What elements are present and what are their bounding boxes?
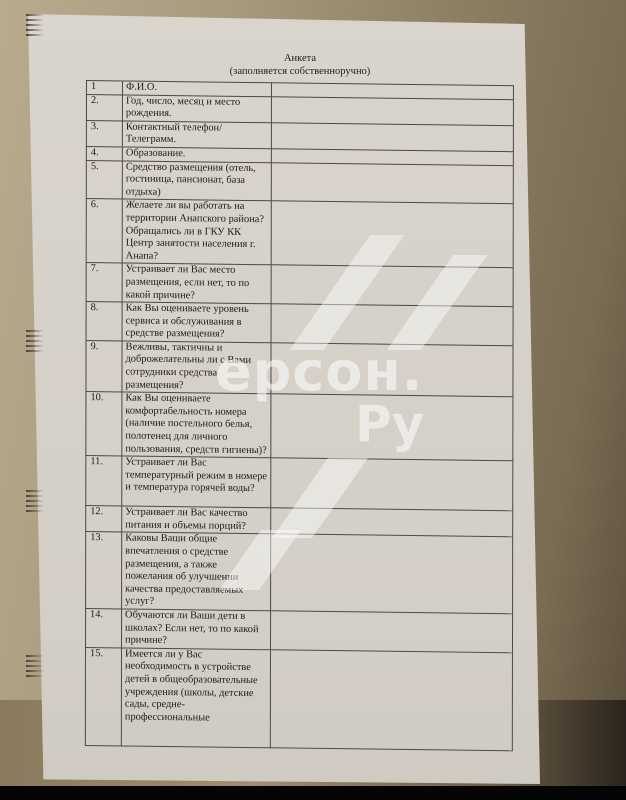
answer-field[interactable] — [271, 162, 513, 204]
question-row: 8.Как Вы оцениваете уровень сервиса и об… — [86, 302, 513, 346]
questionnaire-body: 1Ф.И.О.2.Год, число, месяц и место рожде… — [85, 81, 513, 751]
answer-field[interactable] — [271, 394, 513, 461]
answer-field[interactable] — [271, 201, 513, 268]
question-row: 11.Устраивает ли Вас температурный режим… — [86, 456, 513, 511]
answer-field[interactable] — [270, 650, 512, 751]
question-row: 5.Средство размещения (отель, гостиница,… — [86, 160, 513, 204]
answer-field[interactable] — [271, 343, 513, 397]
question-number: 12. — [86, 506, 122, 533]
answer-field[interactable] — [271, 265, 513, 307]
question-row: 10.Как Вы оцениваете комфортабельность н… — [86, 392, 513, 461]
document-header: Анкета (заполняется собственноручно) — [80, 52, 520, 78]
question-row: 14.Обучаются ли Ваши дети в школах? Если… — [86, 609, 513, 653]
question-row: 6.Желаете ли вы работать на территории А… — [86, 199, 513, 268]
question-text: Имеется ли у Вас необходимость в устройс… — [121, 648, 270, 748]
question-row: 9.Вежливы, тактичны и доброжелательны ли… — [86, 340, 513, 397]
answer-field[interactable] — [271, 304, 513, 346]
question-text: Как Вы оцениваете уровень сервиса и обсл… — [122, 302, 271, 343]
answer-field[interactable] — [271, 123, 513, 152]
answer-field[interactable] — [270, 611, 512, 653]
answer-field[interactable] — [271, 96, 513, 125]
question-row: 13.Каковы Ваши общие впечатления о средс… — [86, 532, 513, 614]
question-text: Контактный телефон/Телеграмм. — [122, 121, 271, 149]
question-number: 14. — [86, 609, 122, 648]
question-number: 5. — [86, 160, 122, 199]
question-number: 9. — [86, 340, 122, 392]
question-number: 2. — [86, 94, 122, 121]
answer-field[interactable] — [271, 534, 513, 614]
question-number: 4. — [86, 146, 122, 160]
question-number: 8. — [86, 302, 122, 341]
document-title: Анкета — [80, 52, 520, 65]
question-row: 7.Устраивает ли Вас место размещения, ес… — [86, 263, 513, 307]
question-number: 3. — [86, 120, 122, 147]
question-text: Вежливы, тактичны и доброжелательны ли с… — [122, 341, 271, 394]
answer-field[interactable] — [271, 458, 513, 511]
questionnaire-table: 1Ф.И.О.2.Год, число, месяц и место рожде… — [85, 80, 514, 751]
question-number: 15. — [85, 647, 121, 745]
question-number: 1 — [86, 81, 122, 95]
binding-marks — [26, 0, 50, 786]
question-text: Каковы Ваши общие впечатления о средстве… — [122, 532, 271, 610]
question-text: Средство размещения (отель, гостиница, п… — [122, 161, 271, 202]
question-number: 6. — [86, 199, 122, 263]
question-number: 10. — [86, 392, 122, 456]
question-text: Желаете ли вы работать на территории Ана… — [122, 199, 271, 265]
question-row: 15.Имеется ли у Вас необходимость в устр… — [85, 647, 512, 750]
question-text: Год, число, месяц и место рождения. — [122, 95, 271, 123]
question-text: Устраивает ли Вас температурный режим в … — [122, 456, 271, 508]
question-number: 7. — [86, 263, 122, 302]
question-number: 11. — [86, 456, 122, 506]
document-subtitle: (заполняется собственноручно) — [80, 65, 520, 78]
question-text: Образование. — [122, 147, 271, 162]
question-text: Устраивает ли Вас место размещения, если… — [122, 263, 271, 304]
question-text: Обучаются ли Ваши дети в школах? Если не… — [122, 609, 271, 650]
question-number: 13. — [86, 532, 122, 609]
bottom-black-bar — [0, 786, 626, 800]
question-text: Устраивает ли Вас качество питания и объ… — [122, 506, 271, 534]
question-text: Ф.И.О. — [122, 81, 271, 96]
answer-field[interactable] — [271, 508, 513, 537]
question-text: Как Вы оцениваете комфортабельность номе… — [122, 392, 271, 458]
